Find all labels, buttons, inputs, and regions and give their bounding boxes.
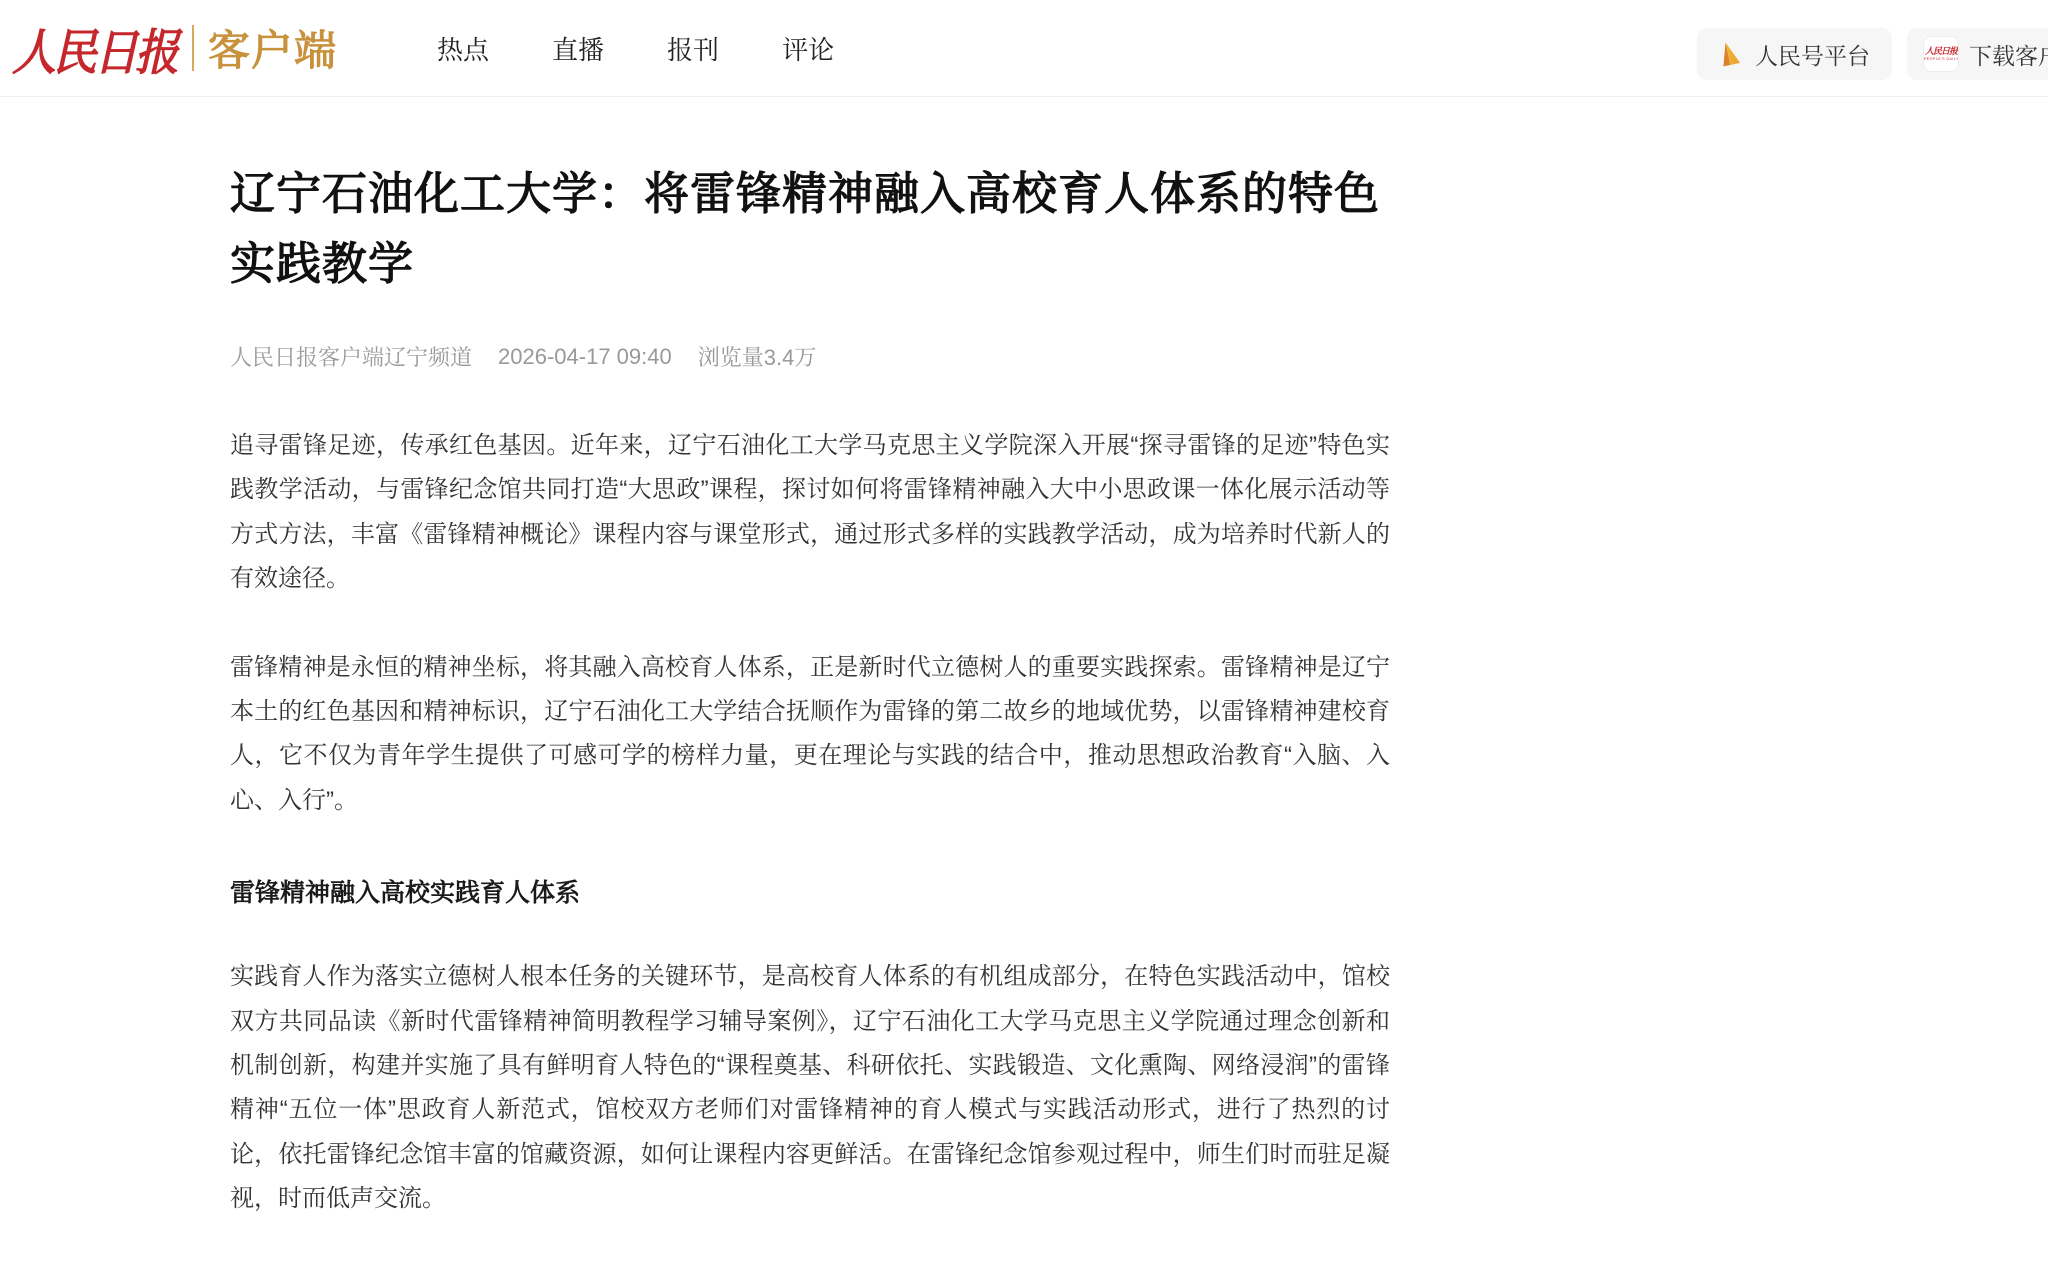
article-byline: 人民日报客户端辽宁频道 2026-04-17 09:40 浏览量3.4万 [230,341,1390,372]
article-source: 人民日报客户端辽宁频道 [230,341,472,372]
article-paragraph: 雷锋精神是永恒的精神坐标，将其融入高校育人体系，正是新时代立德树人的重要实践探索… [230,646,1390,824]
peoples-account-platform-button[interactable]: 人民号平台 [1697,28,1892,80]
peoples-daily-wordmark: 人民日报 [12,12,176,84]
nav-item-comments[interactable]: 评论 [782,30,834,67]
download-button-label: 下载客户端 [1969,38,2048,71]
article-body: 追寻雷锋足迹，传承红色基因。近年来，辽宁石油化工大学马克思主义学院深入开展“探寻… [230,424,1390,1221]
nav-item-newspaper[interactable]: 报刊 [667,30,719,67]
download-client-button[interactable]: 人民日报 PEOPLE'S DAILY 下载客户端 [1907,28,2048,80]
app-logo-icon: 人民日报 PEOPLE'S DAILY [1923,36,1959,72]
article-subheading: 雷锋精神融入高校实践育人体系 [230,873,1390,909]
site-header: 人民日报 客户端 热点 直播 报刊 评论 [0,0,2048,97]
nav-item-hotspots[interactable]: 热点 [437,30,489,67]
logo-client-label: 客户端 [208,18,337,78]
nav-item-live[interactable]: 直播 [552,30,604,67]
app-badge-subtext: PEOPLE'S DAILY [1924,57,1959,62]
logo-divider [192,25,194,71]
article-view-count: 浏览量3.4万 [698,341,817,372]
header-actions: 人民号平台 人民日报 PEOPLE'S DAILY 下载客户端 [1697,28,2048,80]
article-title: 辽宁石油化工大学：将雷锋精神融入高校育人体系的特色实践教学 [230,159,1390,299]
paper-plane-icon [1713,38,1745,70]
article-datetime: 2026-04-17 09:40 [498,344,672,370]
peoples-daily-logo[interactable]: 人民日报 客户端 [12,16,337,80]
article-container: 辽宁石油化工大学：将雷锋精神融入高校育人体系的特色实践教学 人民日报客户端辽宁频… [230,97,1390,1221]
app-badge-brand: 人民日报 [1925,47,1957,57]
article-paragraph: 实践育人作为落实立德树人根本任务的关键环节，是高校育人体系的有机组成部分，在特色… [230,955,1390,1221]
platform-button-label: 人民号平台 [1755,38,1870,71]
article-paragraph: 追寻雷锋足迹，传承红色基因。近年来，辽宁石油化工大学马克思主义学院深入开展“探寻… [230,424,1390,602]
main-nav: 热点 直播 报刊 评论 [437,30,834,67]
